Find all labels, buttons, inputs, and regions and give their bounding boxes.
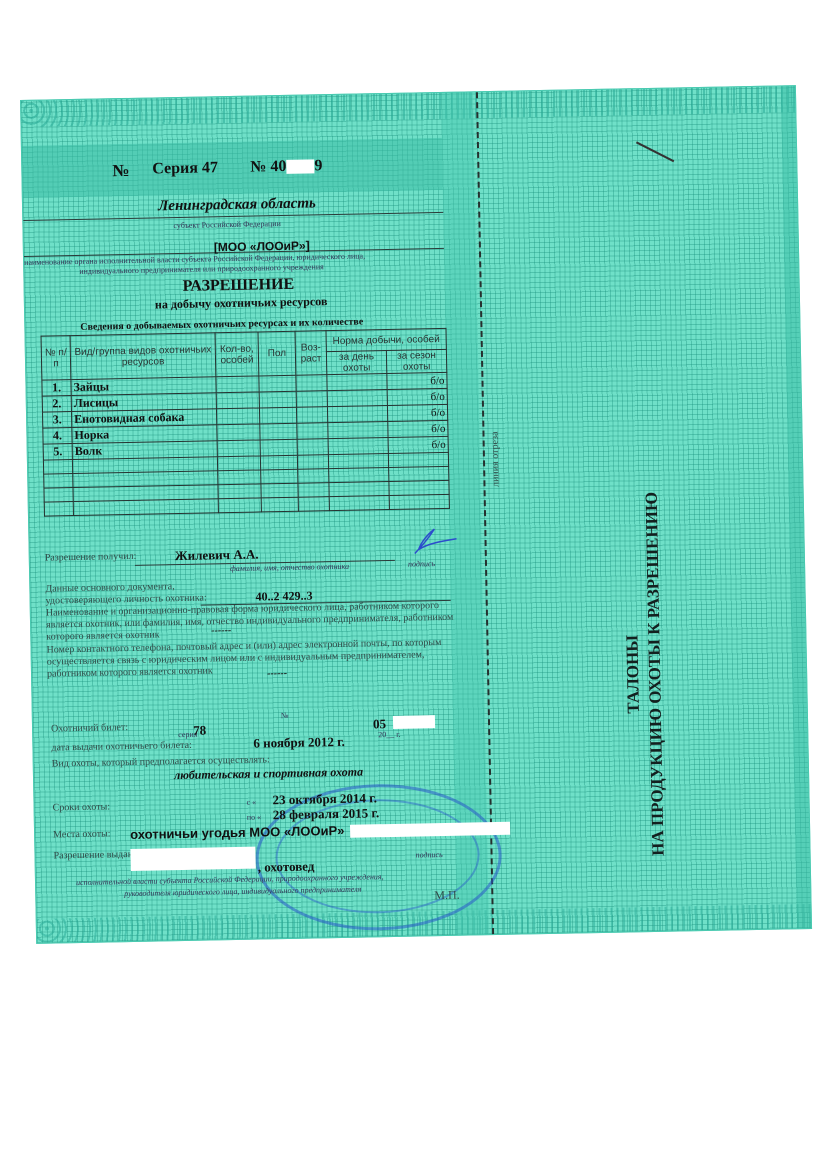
row-per-day [328, 453, 388, 468]
row-count [218, 498, 261, 513]
row-sex [259, 407, 296, 424]
redacted-block [286, 160, 314, 175]
ticket-number-prefix: № [281, 711, 289, 720]
header-num: № п/п [41, 336, 71, 381]
row-count [217, 424, 260, 441]
row-sex [261, 483, 298, 498]
issued-label: Разрешение выдано: [53, 849, 140, 862]
row-count [218, 470, 261, 485]
issue-date: 6 ноября 2012 г. [253, 734, 345, 752]
ticket-series: 78 [193, 723, 206, 739]
row-sex [260, 455, 297, 470]
row-num: 4. [43, 428, 72, 445]
row-per-season: б/о [388, 420, 448, 437]
region-name: Ленинградская область [158, 195, 316, 215]
header-sex: Пол [258, 331, 296, 376]
row-num: 3. [42, 412, 71, 429]
series-label: Серия 47 [152, 159, 218, 178]
row-count [216, 408, 259, 425]
redacted-block [130, 847, 255, 871]
row-per-day [329, 467, 389, 482]
row-per-day [328, 437, 388, 454]
permit-number-suffix: 9 [314, 157, 322, 174]
row-per-season: б/о [387, 404, 447, 421]
row-age [298, 483, 329, 498]
row-per-day [327, 374, 387, 391]
row-per-day [328, 421, 388, 438]
redacted-block [393, 715, 435, 729]
row-age [296, 407, 327, 424]
row-per-season: б/о [388, 436, 448, 453]
recipient-signature-caption: подпись [408, 559, 435, 569]
header-per-season: за сезон охоты [386, 349, 446, 373]
row-sex [261, 497, 298, 512]
row-num: 1. [42, 380, 71, 397]
row-num [44, 488, 73, 503]
row-num [44, 502, 73, 517]
header-per-day: за день охоты [326, 351, 386, 375]
cut-line-label: линия отреза [489, 431, 501, 487]
row-per-day [327, 390, 387, 407]
row-per-season [389, 494, 449, 509]
contact-text-3: работником которого является охотник [47, 665, 213, 679]
header-age: Воз-раст [295, 331, 327, 376]
header-norm: Норма добычи, особей [326, 328, 446, 351]
hunt-type: любительская и спортивная охота [174, 765, 363, 784]
stub-title: ТАЛОНЫ НА ПРОДУКЦИЮ ОХОТЫ К РАЗРЕШЕНИЮ [618, 439, 671, 910]
permit-number-prefix: № 40 [250, 158, 286, 176]
row-per-season [389, 466, 449, 481]
row-num [44, 474, 73, 489]
resources-table: № п/п Вид/группа видов охотничьих ресурс… [41, 328, 450, 517]
row-per-day [329, 495, 389, 510]
row-age [297, 455, 328, 470]
permit-subtitle: на добычу охотничьих ресурсов [155, 294, 328, 312]
row-sex [259, 391, 296, 408]
row-count [217, 440, 260, 457]
row-per-season [388, 452, 448, 467]
org-value: ------ [211, 625, 231, 636]
row-per-day [327, 406, 387, 423]
recipient-name: Жилевич А.А. [175, 547, 259, 565]
row-num: 2. [42, 396, 71, 413]
row-age [296, 375, 327, 392]
issue-date-label: дата выдачи охотничьего билета: [51, 740, 192, 754]
issued-signature-caption: подпись [415, 850, 442, 860]
recipient-label: Разрешение получил: [45, 551, 137, 564]
row-per-day [329, 481, 389, 496]
region-caption: субъект Российской Федерации [173, 219, 281, 230]
row-age [298, 497, 329, 512]
number-sign: № [112, 161, 129, 181]
ticket-label: Охотничий билет: [51, 722, 128, 734]
ornamental-border-right [781, 86, 811, 928]
permit-number: № 409 [250, 157, 322, 176]
header-species: Вид/группа видов охотничьих ресурсов [70, 333, 216, 380]
row-num: 5. [43, 444, 72, 461]
row-age [298, 469, 329, 484]
row-age [297, 439, 328, 456]
ornamental-border-top [21, 86, 795, 127]
period-to-prefix: по « [247, 813, 261, 822]
row-sex [261, 469, 298, 484]
row-count [217, 456, 260, 471]
period-label: Сроки охоты: [52, 801, 110, 813]
row-age [297, 423, 328, 440]
row-count [216, 376, 259, 393]
row-sex [259, 375, 296, 392]
header-count: Кол-во, особей [215, 332, 259, 377]
row-per-season [389, 480, 449, 495]
contact-value: ------ [267, 668, 287, 679]
hunting-permit-document: линия отреза № Серия 47 № 409 Ленинградс… [20, 85, 812, 944]
row-sex [260, 439, 297, 456]
issue-year-placeholder: 20__ г. [378, 730, 401, 739]
place-label: Места охоты: [53, 828, 111, 840]
row-num [43, 460, 72, 475]
org-text-3: которого является охотник [46, 629, 159, 642]
row-sex [260, 423, 297, 440]
permit-title: РАЗРЕШЕНИЕ [182, 276, 294, 296]
row-species [73, 499, 218, 516]
series-band [22, 138, 443, 198]
row-age [296, 391, 327, 408]
row-per-season: б/о [387, 388, 447, 405]
row-count [218, 484, 261, 499]
row-per-season: б/о [387, 372, 447, 389]
hunter-signature [404, 525, 460, 556]
row-count [216, 392, 259, 409]
stamp-place: М.П. [434, 888, 460, 903]
pen-mark [636, 141, 674, 162]
period-to: 28 февраля 2015 г. [273, 805, 380, 823]
recipient-name-caption: фамилия, имя, отчество охотника [230, 562, 349, 573]
period-from-prefix: с « [246, 798, 256, 807]
